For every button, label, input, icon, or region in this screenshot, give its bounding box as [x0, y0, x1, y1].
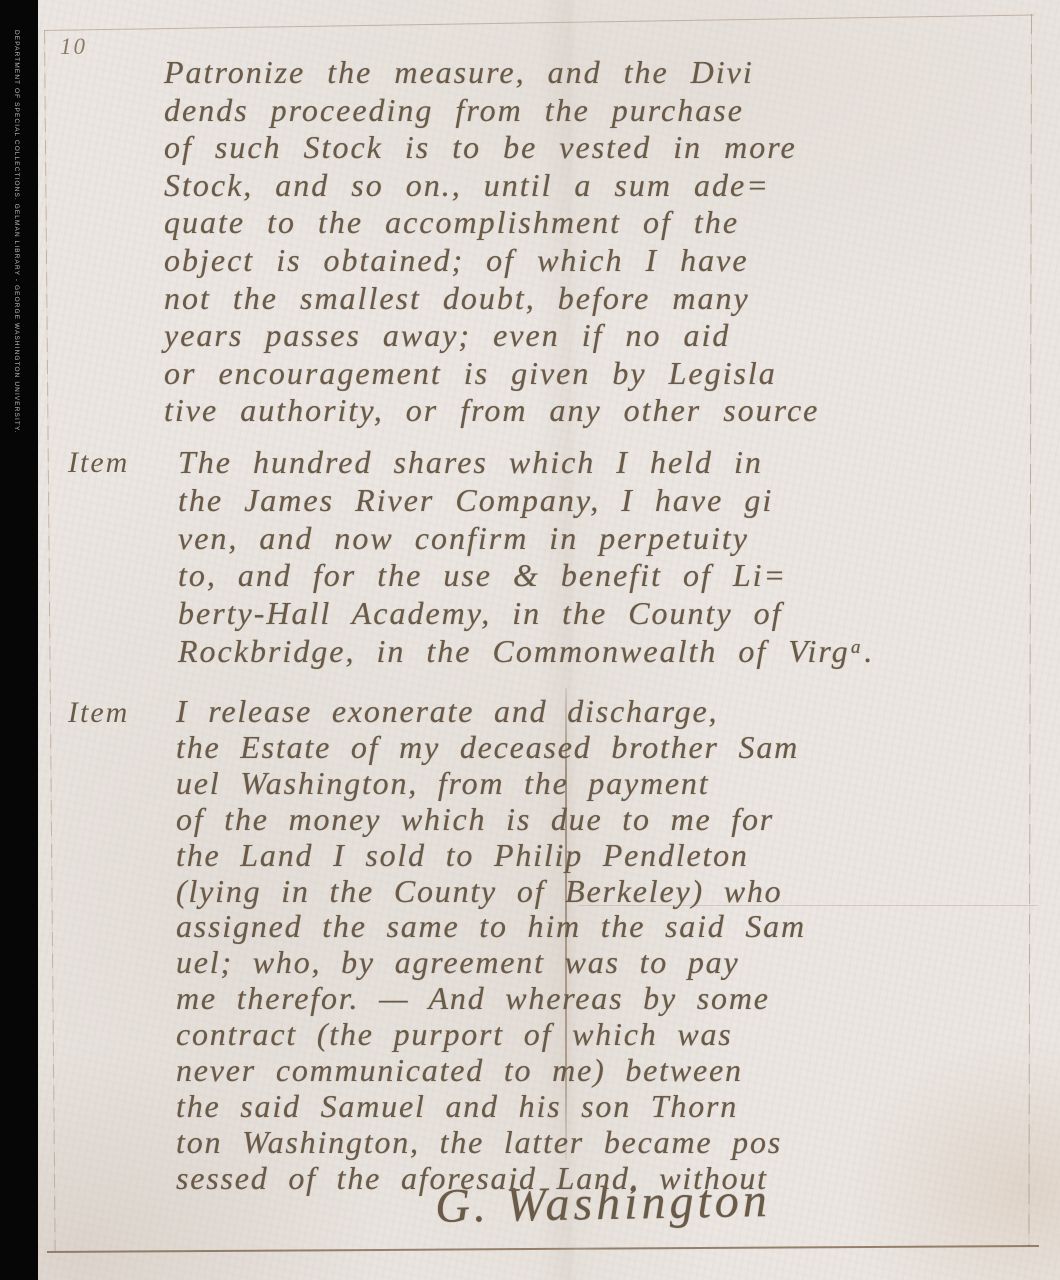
- manuscript-line: ton Washington, the latter became pos: [176, 1125, 806, 1161]
- manuscript-line: object is obtained; of which I have: [164, 242, 819, 280]
- item-label-james-river: Item: [68, 446, 129, 480]
- paragraph-james-river-shares: The hundred shares which I held in the J…: [178, 444, 874, 671]
- film-edge-bar: DEPARTMENT OF SPECIAL COLLECTIONS. GELMA…: [0, 0, 38, 1280]
- manuscript-line: contract (the purport of which was: [176, 1017, 806, 1053]
- item-label-estate-release: Item: [68, 696, 129, 730]
- manuscript-line: of such Stock is to be vested in more: [164, 129, 819, 167]
- manuscript-line: Patronize the measure, and the Divi: [164, 54, 819, 92]
- manuscript-line: or encouragement is given by Legisla: [164, 355, 819, 393]
- paragraph-estate-release: I release exonerate and discharge, the E…: [176, 694, 806, 1197]
- manuscript-line: me therefor. — And whereas by some: [176, 981, 806, 1017]
- manuscript-line: quate to the accomplishment of the: [164, 204, 819, 242]
- manuscript-line: uel; who, by agreement was to pay: [176, 945, 806, 981]
- washington-signature: G. Washington: [368, 1172, 839, 1235]
- manuscript-line: berty-Hall Academy, in the County of: [178, 595, 874, 633]
- manuscript-line: I release exonerate and discharge,: [176, 694, 806, 730]
- page-number: 10: [60, 34, 87, 60]
- manuscript-line: dends proceeding from the purchase: [164, 92, 819, 130]
- manuscript-line: the said Samuel and his son Thorn: [176, 1089, 806, 1125]
- manuscript-line: uel Washington, from the payment: [176, 766, 806, 802]
- manuscript-line: assigned the same to him the said Sam: [176, 909, 806, 945]
- manuscript-line: years passes away; even if no aid: [164, 317, 819, 355]
- manuscript-line: of the money which is due to me for: [176, 802, 806, 838]
- manuscript-scan: DEPARTMENT OF SPECIAL COLLECTIONS. GELMA…: [0, 0, 1060, 1280]
- manuscript-line: Stock, and so on., until a sum ade=: [164, 167, 819, 205]
- manuscript-paper: 10 Patronize the measure, and the Divi d…: [38, 0, 1060, 1280]
- manuscript-line: The hundred shares which I held in: [178, 444, 874, 482]
- manuscript-line: the James River Company, I have gi: [178, 482, 874, 520]
- paragraph-dividends: Patronize the measure, and the Divi dend…: [164, 54, 819, 430]
- library-attribution: DEPARTMENT OF SPECIAL COLLECTIONS. GELMA…: [13, 30, 20, 433]
- ruled-border-left: [44, 30, 56, 1252]
- manuscript-line: never communicated to me) between: [176, 1053, 806, 1089]
- manuscript-line: the Land I sold to Philip Pendleton: [176, 838, 806, 874]
- manuscript-line: to, and for the use & benefit of Li=: [178, 557, 874, 595]
- manuscript-line: tive authority, or from any other source: [164, 392, 819, 430]
- manuscript-line: Rockbridge, in the Commonwealth of Virgᵃ…: [178, 633, 874, 671]
- manuscript-line: (lying in the County of Berkeley) who: [176, 874, 806, 910]
- manuscript-line: the Estate of my deceased brother Sam: [176, 730, 806, 766]
- manuscript-line: not the smallest doubt, before many: [164, 280, 819, 318]
- manuscript-line: ven, and now confirm in perpetuity: [178, 520, 874, 558]
- ruled-border-right: [1028, 14, 1032, 1246]
